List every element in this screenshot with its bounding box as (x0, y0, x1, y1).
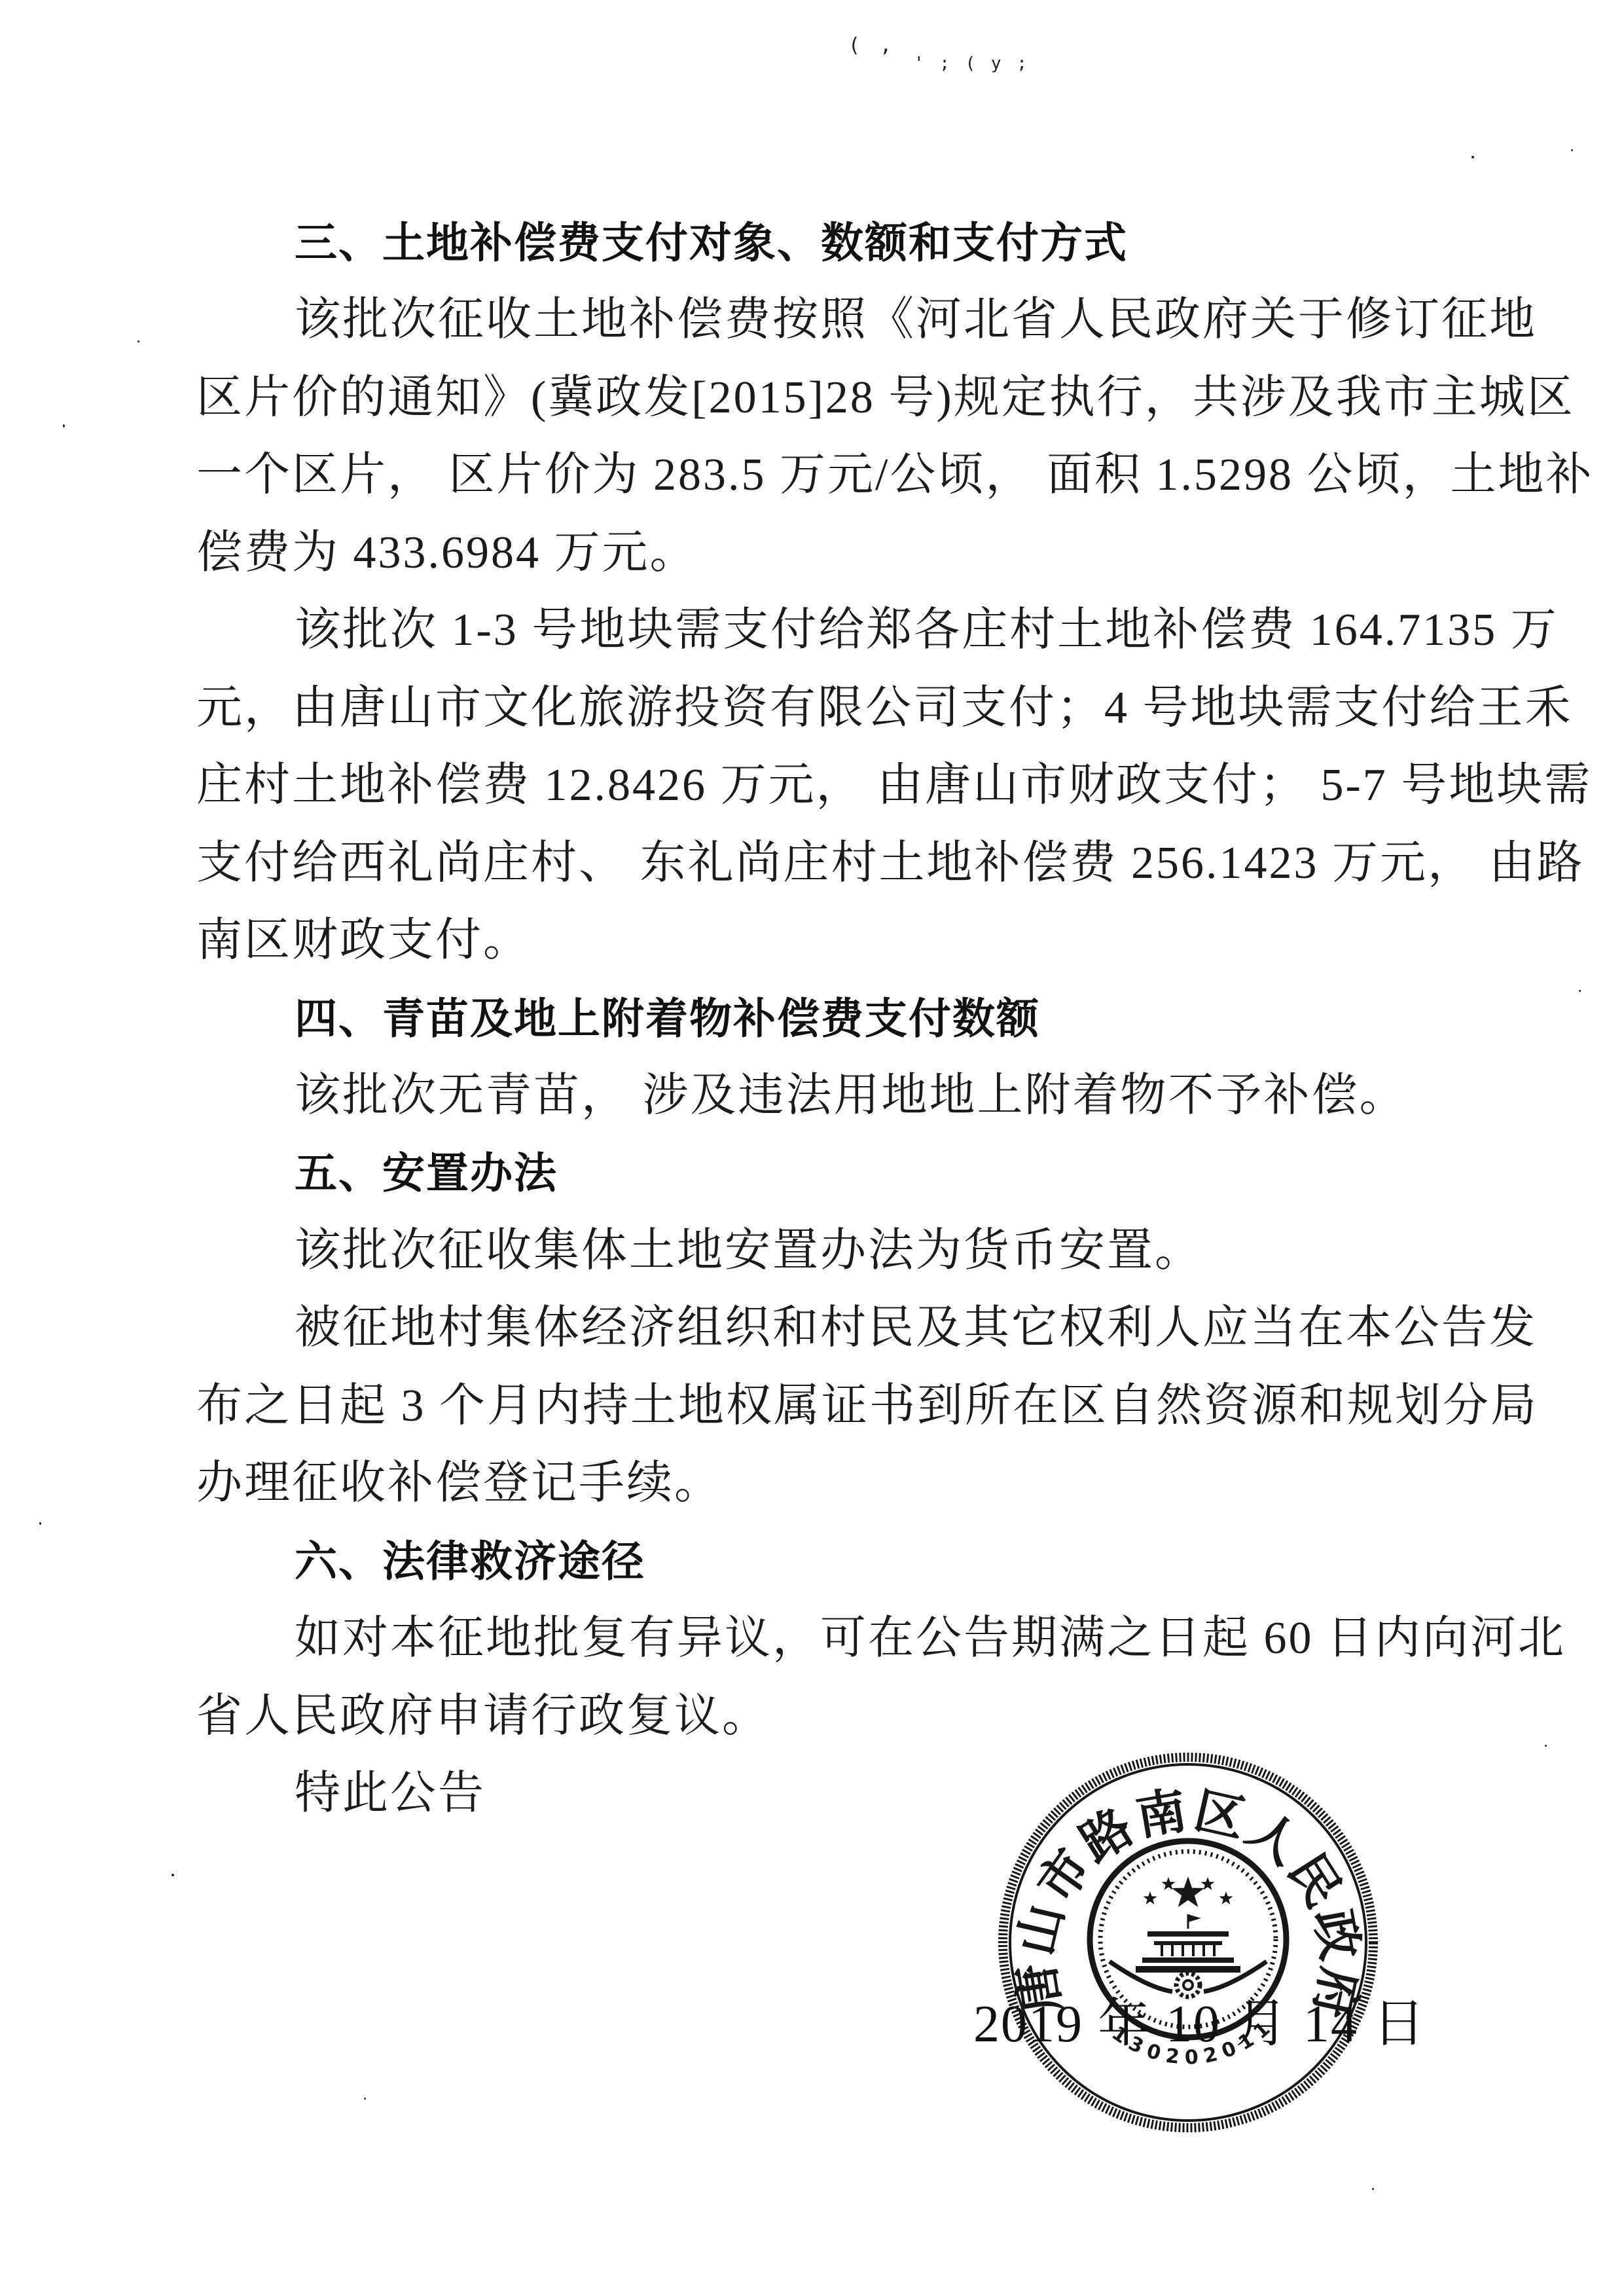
doc-line: 如对本征地批复有异议，可在公告期满之日起 60 日内向河北 (196, 1599, 1591, 1677)
doc-line: 南区财政支付。 (196, 902, 1492, 979)
doc-line: 元，由唐山市文化旅游投资有限公司支付；4 号地块需支付给王禾 (196, 669, 1492, 747)
section-heading-6: 六、法律救济途径 (196, 1522, 1591, 1600)
doc-line: 被征地村集体经济组织和村民及其它权利人应当在本公告发 (196, 1289, 1591, 1367)
doc-line: 省人民政府申请行政复议。 (196, 1677, 1492, 1755)
doc-line: 办理征收补偿登记手续。 (196, 1444, 1492, 1522)
doc-line: 布之日起 3 个月内持土地权属证书到所在区自然资源和规划分局 (196, 1367, 1492, 1445)
section-heading-4: 四、青苗及地上附着物补偿费支付数额 (196, 979, 1591, 1057)
doc-line: 该批次无青苗， 涉及违法用地地上附着物不予补偿。 (196, 1057, 1591, 1135)
doc-line: 区片价的通知》(冀政发[2015]28 号)规定执行，共涉及我市主城区 (196, 359, 1492, 437)
doc-line: 支付给西礼尚庄村、 东礼尚庄村土地补偿费 256.1423 万元， 由路 (196, 824, 1492, 902)
issue-date: 2019 年 10 月 14 日 (973, 1998, 1426, 2050)
tiananmen-icon (1136, 1914, 1240, 1969)
doc-line: 该批次 1-3 号地块需支付给郑各庄村土地补偿费 164.7135 万 (196, 591, 1591, 669)
big-star-icon (1172, 1876, 1204, 1907)
scanned-document-page: ( , ' ; ( y ; 三、土地补偿费支付对象、数额和支付方式 该批次征收土… (0, 0, 1624, 2296)
section-heading-5: 五、安置办法 (196, 1134, 1591, 1212)
doc-line: 该批次征收集体土地安置办法为货币安置。 (196, 1212, 1591, 1290)
doc-line: 偿费为 433.6984 万元。 (196, 514, 1492, 592)
doc-line: 该批次征收土地补偿费按照《河北省人民政府关于修订征地 (196, 281, 1591, 359)
official-seal: 唐山市路南区人民政府 (992, 1746, 1384, 2139)
doc-line: 一个区片， 区片价为 283.5 万元/公顷， 面积 1.5298 公顷，土地补 (196, 436, 1492, 514)
section-heading-3: 三、土地补偿费支付对象、数额和支付方式 (196, 204, 1591, 282)
doc-line: 庄村土地补偿费 12.8426 万元， 由唐山市财政支付； 5-7 号地块需 (196, 746, 1492, 824)
